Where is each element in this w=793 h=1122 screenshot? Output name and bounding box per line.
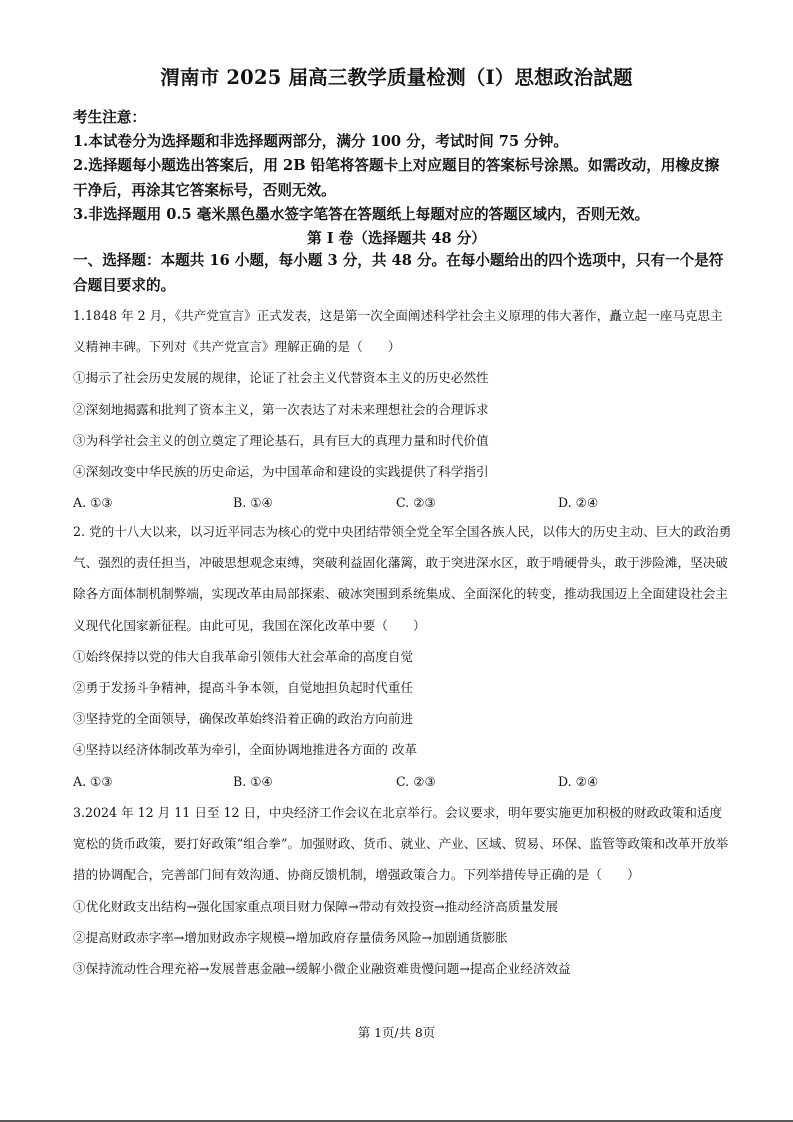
statement: ④坚持以经济体制改革为牵引，全面协调地推进各方面的 改革 — [73, 734, 733, 765]
note-item-3: 3.非选择题用 0.5 毫米黑色墨水签字笔答在答题纸上每题对应的答题区域内，否则… — [73, 203, 733, 227]
option-a: A. ①③ — [73, 766, 113, 797]
note-item-2: 2.选择题每小题选出答案后，用 2B 铅笔将答题卡上对应题目的答案标号涂黑。如需… — [73, 154, 733, 202]
note-item-1: 1.本试卷分为选择题和非选择题两部分，满分 100 分，考试时间 75 分钟。 — [73, 130, 733, 154]
question-stem: 2. 党的十八大以来，以习近平同志为核心的党中央团结带领全党全军全国各族人民，以… — [73, 516, 733, 641]
option-c: C. ②③ — [396, 487, 436, 518]
question-stem: 1.1848 年 2 月，《共产党宣言》正式发表，这是第一次全面阐述科学社会主义… — [73, 300, 733, 362]
answer-options: A. ①③ B. ①④ C. ②③ D. ②④ — [73, 766, 733, 797]
statement: ①优化财政支出结构→强化国家重点项目财力保障→带动有效投资→推动经济高质量发展 — [73, 891, 733, 922]
option-d: D. ②④ — [558, 487, 598, 518]
statement: ③坚持党的全面领导，确保改革始终沿着正确的政治方向前进 — [73, 703, 733, 734]
section-instruction: 一、选择题：本题共 16 小题，每小题 3 分，共 48 分。在每小题给出的四个… — [73, 249, 733, 298]
candidate-notes: 考生注意： 1.本试卷分为选择题和非选择题两部分，满分 100 分，考试时间 7… — [73, 106, 733, 227]
statement: ④深刻改变中华民族的历史命运，为中国革命和建设的实践提供了科学指引 — [73, 456, 733, 487]
exam-title: 渭南市 2025 届高三教学质量检测（I）思想政治試题 — [0, 62, 793, 90]
question-stem: 3.2024 年 12 月 11 日至 12 日，中央经济工作会议在北京举行。会… — [73, 797, 733, 891]
statement: ②勇于发扬斗争精神，提高斗争本领，自觉地担负起时代重任 — [73, 672, 733, 703]
statement: ②提高财政赤字率→增加财政赤字规模→增加政府存量债务风险→加剧通货膨胀 — [73, 922, 733, 953]
section-title: 第 I 卷（选择题共 48 分） — [0, 227, 793, 248]
statement: ③保持流动性合理充裕→发展普惠金融→缓解小微企业融资难贵慢问题→提高企业经济效益 — [73, 953, 733, 984]
question-1: 1.1848 年 2 月，《共产党宣言》正式发表，这是第一次全面阐述科学社会主义… — [73, 300, 733, 518]
question-2: 2. 党的十八大以来，以习近平同志为核心的党中央团结带领全党全军全国各族人民，以… — [73, 516, 733, 797]
page-number: 第 1页/共 8页 — [0, 1023, 793, 1041]
option-c: C. ②③ — [396, 766, 436, 797]
statement: ①始终保持以党的伟大自我革命引领伟大社会革命的高度自觉 — [73, 641, 733, 672]
statement: ③为科学社会主义的创立奠定了理论基石，具有巨大的真理力量和时代价值 — [73, 425, 733, 456]
option-b: B. ①④ — [233, 487, 273, 518]
notes-heading: 考生注意： — [73, 106, 733, 130]
answer-options: A. ①③ B. ①④ C. ②③ D. ②④ — [73, 487, 733, 518]
exam-page: 渭南市 2025 届高三教学质量检测（I）思想政治試题 考生注意： 1.本试卷分… — [0, 0, 793, 1122]
statement: ①揭示了社会历史发展的规律，论证了社会主义代替资本主义的历史必然性 — [73, 362, 733, 393]
option-d: D. ②④ — [558, 766, 598, 797]
option-a: A. ①③ — [73, 487, 113, 518]
statement: ②深刻地揭露和批判了资本主义，第一次表达了对未来理想社会的合理诉求 — [73, 394, 733, 425]
question-3: 3.2024 年 12 月 11 日至 12 日，中央经济工作会议在北京举行。会… — [73, 797, 733, 984]
option-b: B. ①④ — [233, 766, 273, 797]
